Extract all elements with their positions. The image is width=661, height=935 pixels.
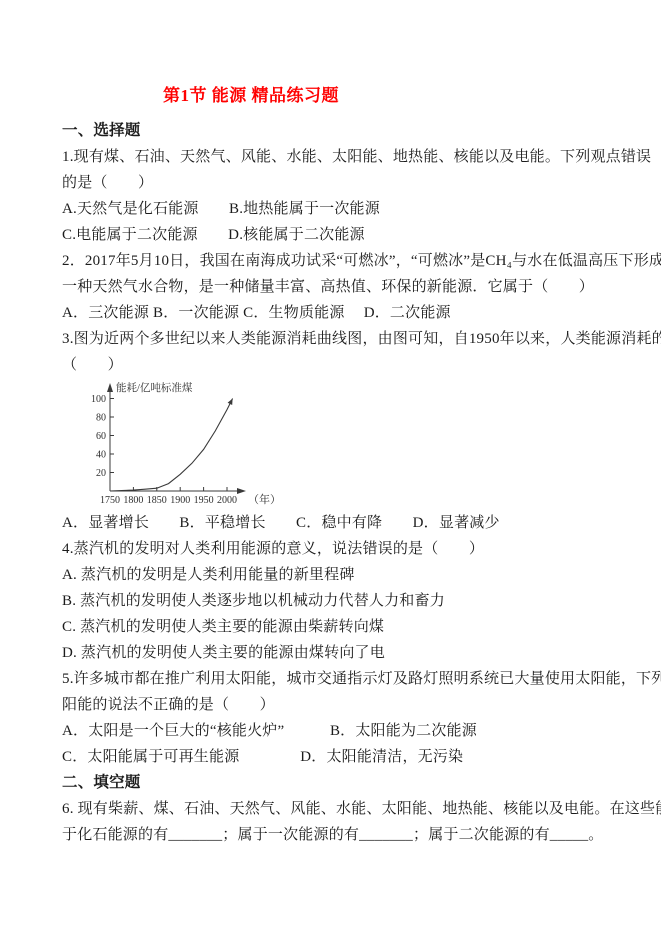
q5-options-ab: A．太阳是一个巨大的“核能火炉” B．太阳能为二次能源	[62, 718, 615, 744]
q1-options-cd: C.电能属于二次能源 D.核能属于二次能源	[62, 222, 615, 248]
q4-option-a: A. 蒸汽机的发明是人类利用能量的新里程碑	[62, 562, 615, 588]
svg-text:40: 40	[96, 450, 106, 461]
svg-text:1750: 1750	[100, 495, 120, 506]
q3-stem-line1: 3.图为近两个多世纪以来人类能源消耗曲线图，由图可知，自1950年以来，人类能源…	[62, 326, 615, 352]
q1-stem-line2: 的是（ ）	[62, 170, 615, 196]
svg-text:60: 60	[96, 431, 106, 442]
q6-stem-line1: 6. 现有柴薪、煤、石油、天然气、风能、水能、太阳能、地热能、核能以及电能。在这…	[62, 796, 615, 822]
svg-text:能耗/亿吨标准煤: 能耗/亿吨标准煤	[116, 381, 193, 394]
q3-options: A．显著增长 B．平稳增长 C．稳中有降 D．显著减少	[62, 510, 615, 536]
q2-stem-line1: 2．2017年5月10日，我国在南海成功试采“可燃冰”，“可燃冰”是CH₄与水在…	[62, 248, 615, 274]
q3-stem-line2: （ ）	[62, 352, 615, 378]
q5-stem-line1: 5.许多城市都在推广利用太阳能，城市交通指示灯及路灯照明系统已大量使用太阳能，下…	[62, 666, 615, 692]
q4-option-c: C. 蒸汽机的发明使人类主要的能源由柴薪转向煤	[62, 614, 615, 640]
energy-consumption-chart-svg: 20406080100175018001850190019502000能耗/亿吨…	[80, 378, 390, 510]
section-fill-heading: 二、填空题	[62, 770, 615, 796]
svg-text:100: 100	[91, 394, 106, 405]
q1-options-ab: A.天然气是化石能源 B.地热能属于一次能源	[62, 196, 615, 222]
worksheet-page: 第1节 能源 精品练习题 一、选择题 1.现有煤、石油、天然气、风能、水能、太阳…	[0, 0, 661, 935]
svg-text:1800: 1800	[123, 495, 143, 506]
svg-text:20: 20	[96, 468, 106, 479]
q6-stem-line2: 于化石能源的有_______；属于一次能源的有_______；属于二次能源的有_…	[62, 822, 615, 848]
q4-stem: 4.蒸汽机的发明对人类利用能源的意义，说法错误的是（ ）	[62, 536, 615, 562]
svg-text:80: 80	[96, 413, 106, 424]
q5-stem-line2: 阳能的说法不正确的是（ ）	[62, 692, 615, 718]
q2-stem-line2: 一种天然气水合物，是一种储量丰富、高热值、环保的新能源．它属于（ ）	[62, 274, 615, 300]
q5-options-cd: C．太阳能属于可再生能源 D．太阳能清洁，无污染	[62, 744, 615, 770]
section-choice-heading: 一、选择题	[62, 118, 615, 144]
q4-option-d: D. 蒸汽机的发明使人类主要的能源由煤转向了电	[62, 640, 615, 666]
svg-text:（年）: （年）	[248, 492, 281, 506]
q2-options: A．三次能源 B．一次能源 C．生物质能源 D．二次能源	[62, 300, 615, 326]
q1-stem-line1: 1.现有煤、石油、天然气、风能、水能、太阳能、地热能、核能以及电能。下列观点错误	[62, 144, 615, 170]
svg-text:1900: 1900	[170, 495, 190, 506]
svg-text:2000: 2000	[217, 495, 237, 506]
page-title: 第1节 能源 精品练习题	[62, 84, 615, 108]
q4-option-b: B. 蒸汽机的发明使人类逐步地以机械动力代替人力和畜力	[62, 588, 615, 614]
svg-text:1850: 1850	[147, 495, 167, 506]
svg-text:1950: 1950	[194, 495, 214, 506]
energy-consumption-chart: 20406080100175018001850190019502000能耗/亿吨…	[80, 378, 615, 510]
